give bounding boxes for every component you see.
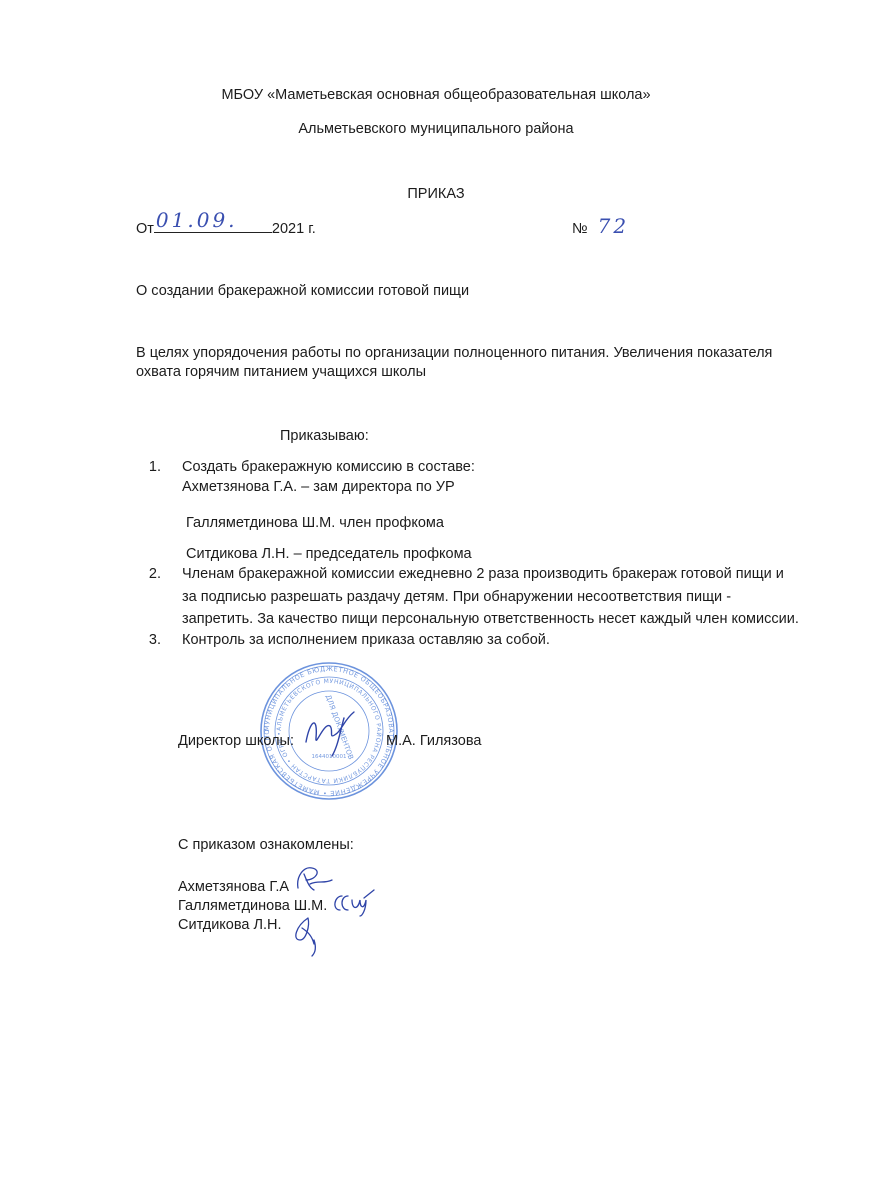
date-field: 01.09. [154,214,272,233]
svg-text:ДЛЯ ДОКУМЕНТОВ: ДЛЯ ДОКУМЕНТОВ [324,694,355,761]
date-suffix: 2021 г. [272,221,316,237]
preamble-line2: охвата горячим питанием учащихся школы [136,364,426,380]
item-1-line-1: Создать бракеражную комиссию в составе: [182,459,475,475]
list-number: 1. [141,459,161,475]
date-prefix: От [136,221,154,237]
order-title: ПРИКАЗ [0,186,872,202]
number-handwritten: 72 [598,214,629,238]
official-seal-stamp: МУНИЦИПАЛЬНОЕ БЮДЖЕТНОЕ ОБЩЕОБРАЗОВАТЕЛЬ… [258,660,400,802]
order-subject: О создании бракеражной комиссии готовой … [136,283,469,299]
acknowledged-person: Ахметзянова Г.А [178,879,289,895]
preamble-line1: В целях упорядочения работы по организац… [136,345,772,361]
signature-gallyametdinova [330,886,378,918]
item-2-line-3: запретить. За качество пищи персональную… [182,611,799,627]
director-name: М.А. Гилязова [386,733,481,749]
list-number: 3. [141,632,161,648]
order-number: № 72 [572,214,629,238]
signature-sitdikova [286,914,326,958]
commission-member: Галляметдинова Ш.М. член профкома [186,515,444,531]
org-name-line1: МБОУ «Маметьевская основная общеобразова… [0,87,872,103]
order-date: От01.09.2021 г. [136,214,316,237]
director-position: Директор школы: [178,733,294,749]
item-1-line-2: Ахметзянова Г.А. – зам директора по УР [182,479,455,495]
date-handwritten: 01.09. [156,208,238,232]
list-number: 2. [141,566,161,582]
commission-member: Ситдикова Л.Н. – председатель профкома [186,546,472,562]
svg-text:1644010001: 1644010001 [312,754,347,760]
directive: Приказываю: [280,428,369,444]
item-2-line-2: за подписью разрешать раздачу детям. При… [182,589,731,605]
item-3-line-1: Контроль за исполнением приказа оставляю… [182,632,550,648]
org-name-line2: Альметьевского муниципального района [0,121,872,137]
item-2-line-1: Членам бракеражной комиссии ежедневно 2 … [182,566,784,582]
acknowledgement-title: С приказом ознакомлены: [178,837,354,853]
acknowledged-person: Ситдикова Л.Н. [178,917,282,933]
number-label: № [572,221,588,237]
acknowledged-person: Галляметдинова Ш.М. [178,898,327,914]
